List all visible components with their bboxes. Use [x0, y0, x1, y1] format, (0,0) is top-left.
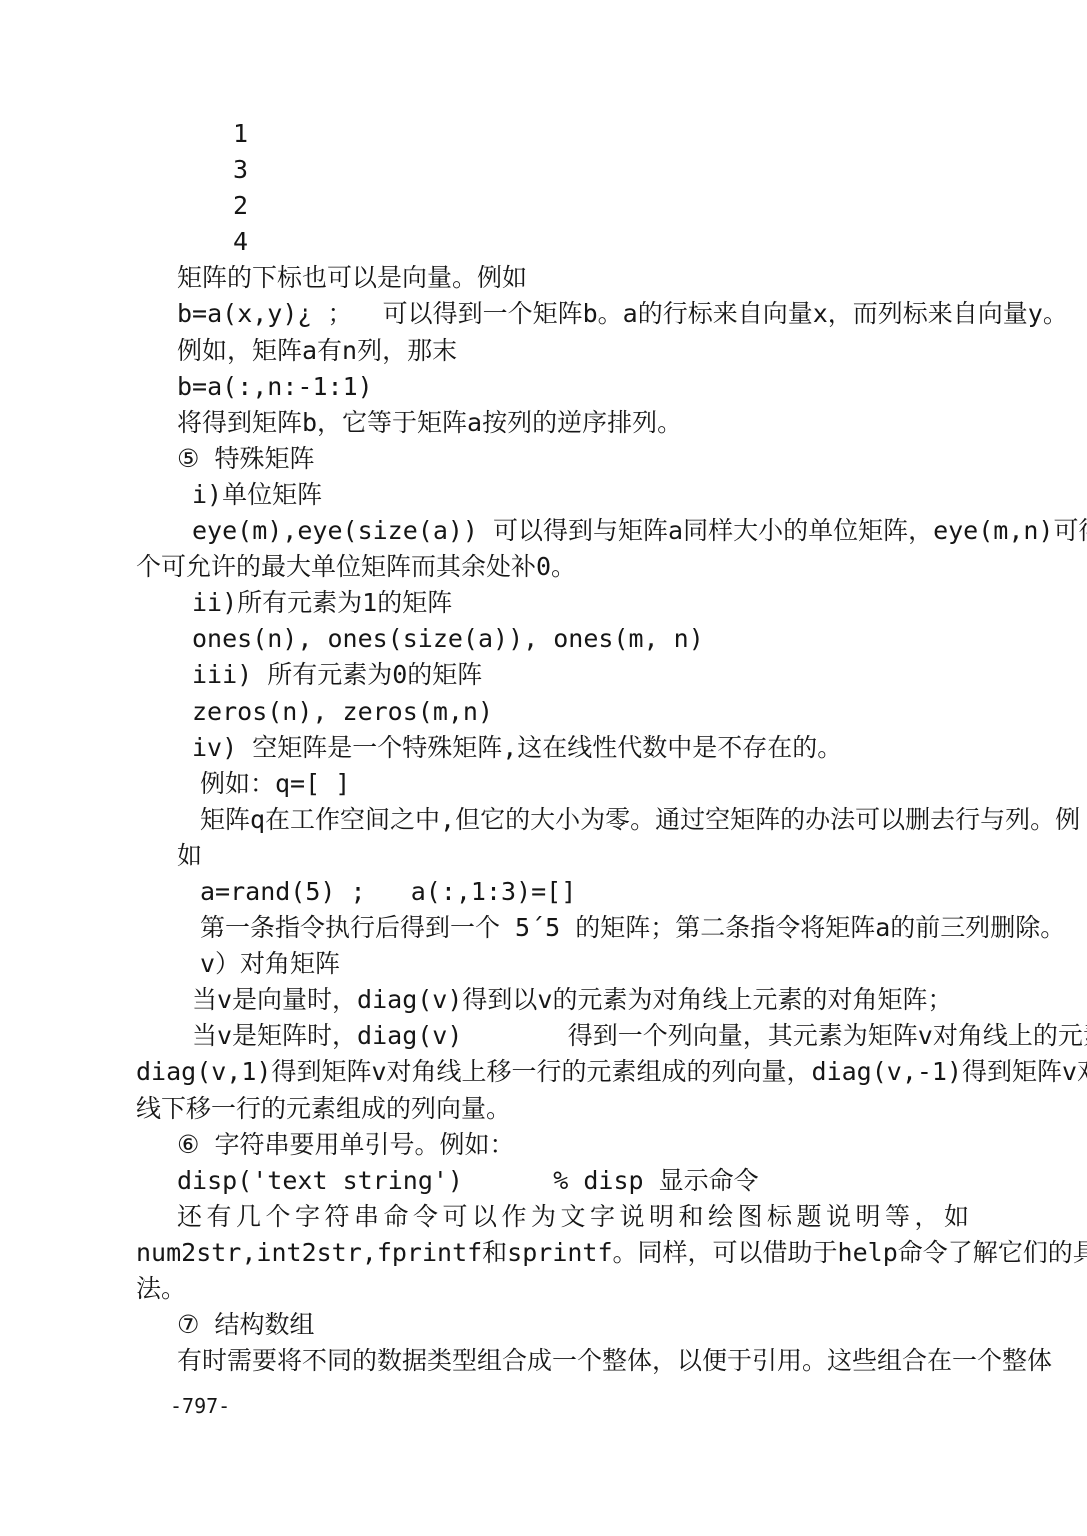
text-line: 有时需要将不同的数据类型组合成一个整体，以便于引用。这些组合在一个整体 — [177, 1343, 968, 1379]
text-line: ii)所有元素为1的矩阵 — [192, 585, 968, 621]
text-line: 例如，矩阵a有n列，那末 — [177, 333, 968, 369]
text-line: 2 — [233, 188, 968, 224]
text-line: disp('text string') % disp 显示命令 — [177, 1163, 968, 1199]
text-line: 如 — [177, 838, 968, 874]
text-line: b=a(x,y)¿ ； 可以得到一个矩阵b。a的行标来自向量x，而列标来自向量y… — [177, 296, 968, 332]
text-line: 第一条指令执行后得到一个 5´5 的矩阵；第二条指令将矩阵a的前三列删除。 — [200, 910, 968, 946]
text-line: 个可允许的最大单位矩阵而其余处补0。 — [136, 549, 968, 585]
text-line: 将得到矩阵b，它等于矩阵a按列的逆序排列。 — [177, 405, 968, 441]
text-line: 还有几个字符串命令可以作为文字说明和绘图标题说明等，如 — [177, 1199, 968, 1235]
text-line: 1 — [233, 116, 968, 152]
page-number: -797- — [170, 1394, 230, 1418]
document-body: 1324矩阵的下标也可以是向量。例如b=a(x,y)¿ ； 可以得到一个矩阵b。… — [136, 116, 968, 1379]
text-line: i)单位矩阵 — [192, 477, 968, 513]
text-line: 法。 — [136, 1271, 968, 1307]
text-line: 例如：q=[ ] — [200, 766, 968, 802]
text-line: 3 — [233, 152, 968, 188]
text-line: ⑥ 字符串要用单引号。例如： — [177, 1127, 968, 1163]
text-line: num2str,int2str,fprintf和sprintf。同样，可以借助于… — [136, 1235, 968, 1271]
document-page: 1324矩阵的下标也可以是向量。例如b=a(x,y)¿ ； 可以得到一个矩阵b。… — [0, 0, 1087, 1536]
text-line: eye(m),eye(size(a)) 可以得到与矩阵a同样大小的单位矩阵，ey… — [192, 513, 968, 549]
text-line: iii) 所有元素为0的矩阵 — [192, 657, 968, 693]
text-line: b=a(:,n:-1:1) — [177, 369, 968, 405]
text-line: 线下移一行的元素组成的列向量。 — [136, 1091, 968, 1127]
text-line: 矩阵的下标也可以是向量。例如 — [177, 260, 968, 296]
text-line: v）对角矩阵 — [200, 946, 968, 982]
text-line: a=rand(5) ; a(:,1:3)=[] — [200, 874, 968, 910]
text-line: 矩阵q在工作空间之中,但它的大小为零。通过空矩阵的办法可以删去行与列。例 — [200, 802, 968, 838]
text-line: 当v是向量时，diag(v)得到以v的元素为对角线上元素的对角矩阵； — [192, 982, 968, 1018]
text-line: ⑤ 特殊矩阵 — [177, 441, 968, 477]
text-line: 当v是矩阵时，diag(v) 得到一个列向量，其元素为矩阵v对角线上的元素， — [192, 1018, 968, 1054]
text-line: zeros(n), zeros(m,n) — [192, 694, 968, 730]
text-line: diag(v,1)得到矩阵v对角线上移一行的元素组成的列向量，diag(v,-1… — [136, 1054, 968, 1090]
text-line: ones(n), ones(size(a)), ones(m, n) — [192, 621, 968, 657]
text-line: 4 — [233, 224, 968, 260]
text-line: ⑦ 结构数组 — [177, 1307, 968, 1343]
text-line: iv) 空矩阵是一个特殊矩阵,这在线性代数中是不存在的。 — [192, 730, 968, 766]
